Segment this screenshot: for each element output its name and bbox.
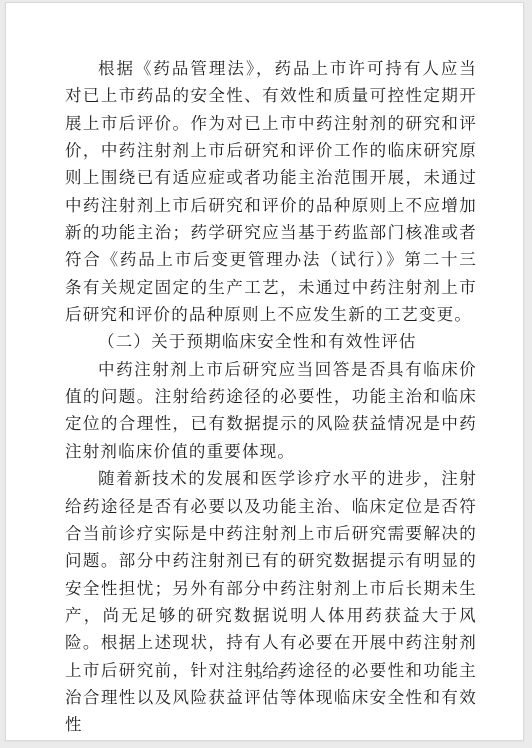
document-viewer-background: 根据《药品管理法》，药品上市许可持有人应当对已上市药品的安全性、有效性和质量可控…	[0, 0, 532, 748]
body-paragraph-1: 根据《药品管理法》，药品上市许可持有人应当对已上市药品的安全性、有效性和质量可控…	[65, 55, 477, 328]
body-paragraph-2: 中药注射剂上市后研究应当回答是否具有临床价值的问题。注射给药途径的必要性，功能主…	[65, 356, 477, 465]
section-heading: （二）关于预期临床安全性和有效性评估	[65, 328, 477, 355]
body-paragraph-3: 随着新技术的发展和医学诊疗水平的进步，注射给药途径是否有必要以及功能主治、临床定…	[65, 465, 477, 738]
page-number-indicator: 3 / 5	[65, 670, 477, 684]
document-page: 根据《药品管理法》，药品上市许可持有人应当对已上市药品的安全性、有效性和质量可控…	[5, 2, 524, 741]
document-text-block: 根据《药品管理法》，药品上市许可持有人应当对已上市药品的安全性、有效性和质量可控…	[65, 55, 477, 739]
